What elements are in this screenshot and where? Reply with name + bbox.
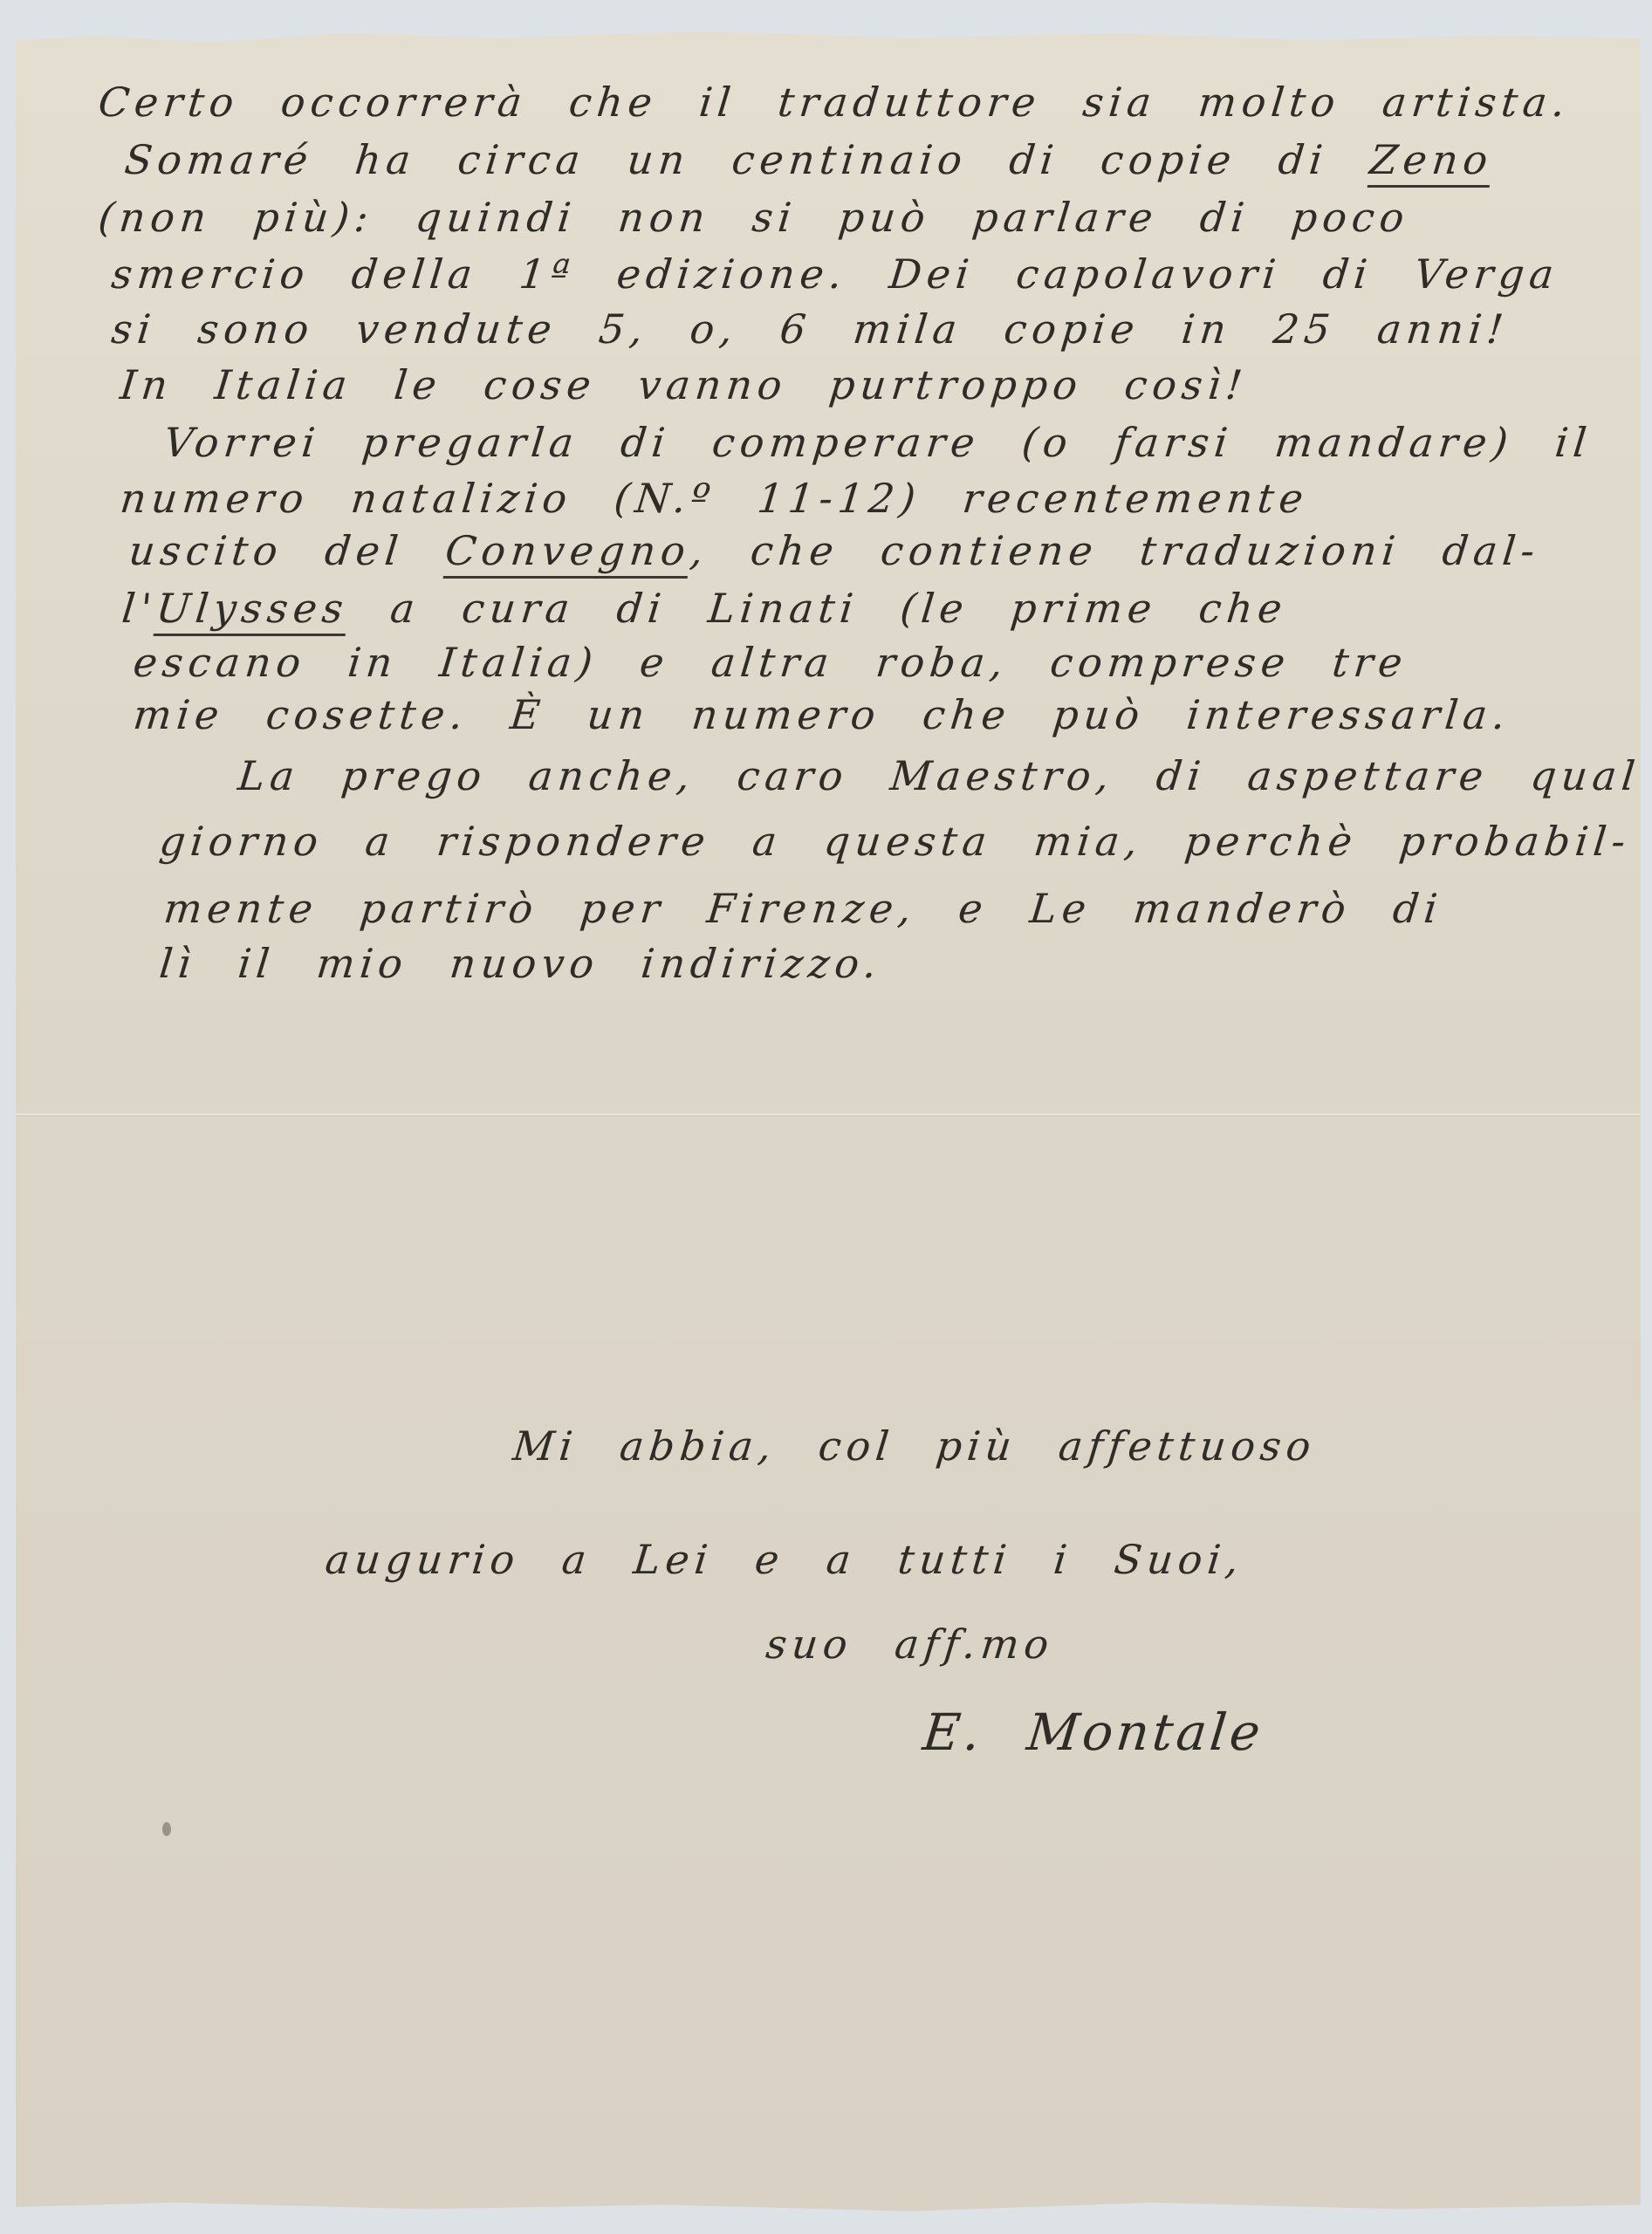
letter-line-10-rest: a cura di Linati (le prime che bbox=[346, 585, 1289, 632]
letter-line-13: La prego anche, caro Maestro, di aspetta… bbox=[236, 756, 1652, 796]
letter-line-2-text: Somaré ha circa un centinaio di copie di bbox=[122, 136, 1330, 183]
letter-line-16: lì il mio nuovo indirizzo. bbox=[158, 943, 884, 983]
signature: E. Montale bbox=[921, 1707, 1266, 1758]
paper-fold-line bbox=[16, 1114, 1641, 1115]
letter-line-15: mente partirò per Firenze, e Le manderò … bbox=[162, 888, 1444, 929]
letter-line-12: mie cosette. È un numero che può interes… bbox=[132, 695, 1512, 735]
letter-line-3: (non più): quindi non si può parlare di … bbox=[97, 197, 1412, 237]
letter-line-14: giorno a rispondere a questa mia, perchè… bbox=[158, 821, 1633, 861]
letter-line-2: Somaré ha circa un centinaio di copie di… bbox=[123, 140, 1495, 180]
letter-line-5: si sono vendute 5, o, 6 mila copie in 25… bbox=[110, 309, 1511, 349]
letter-line-1: Certo occorrerà che il traduttore sia mo… bbox=[97, 82, 1573, 122]
letter-line-4: smercio della 1ª edizione. Dei capolavor… bbox=[110, 254, 1561, 294]
underlined-title-ulysses: Ulysses bbox=[154, 585, 351, 636]
letter-line-9: uscito del Convegno, che contiene traduz… bbox=[127, 531, 1542, 571]
letter-line-10-text: l' bbox=[120, 585, 159, 632]
letter-line-10: l'Ulysses a cura di Linati (le prime che bbox=[120, 588, 1289, 628]
ink-spot bbox=[162, 1822, 171, 1836]
underlined-title-zeno: Zeno bbox=[1367, 136, 1495, 188]
letter-line-9-text: uscito del bbox=[127, 527, 406, 574]
closing-line-3: suo aff.mo bbox=[764, 1624, 1056, 1664]
closing-line-2: augurio a Lei e a tutti i Suoi, bbox=[324, 1539, 1246, 1580]
letter-line-11: escano in Italia) e altra roba, comprese… bbox=[132, 642, 1409, 682]
letter-line-9-rest: , che contiene traduzioni dal- bbox=[688, 527, 1542, 574]
closing-line-1: Mi abbia, col più affettuoso bbox=[511, 1426, 1318, 1466]
underlined-title-convegno: Convegno bbox=[442, 527, 693, 579]
letter-line-8: numero natalizio (N.º 11-12) recentement… bbox=[119, 478, 1311, 518]
letter-page: Certo occorrerà che il traduttore sia mo… bbox=[16, 31, 1641, 2211]
letter-line-7: Vorrei pregarla di comperare (o farsi ma… bbox=[162, 422, 1594, 463]
letter-line-6: In Italia le cose vanno purtroppo così! bbox=[119, 365, 1250, 405]
